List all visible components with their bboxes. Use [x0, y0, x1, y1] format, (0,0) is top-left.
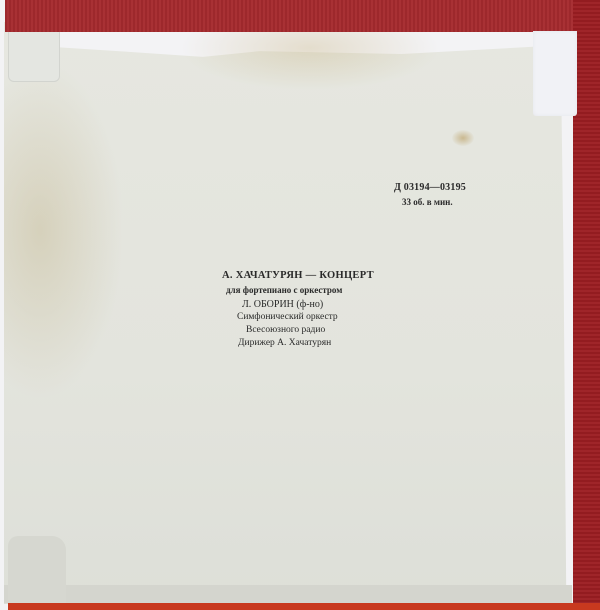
stain-spot — [452, 130, 474, 146]
playback-speed: 33 об. в мин. — [402, 197, 453, 207]
water-stain-top — [180, 30, 440, 90]
orchestra-line-2: Всесоюзного радио — [246, 325, 325, 335]
record-sleeve-back: Д 03194—03195 33 об. в мин. А. ХАЧАТУРЯН… — [0, 0, 600, 610]
album-title: А. ХАЧАТУРЯН — КОНЦЕРТ — [222, 270, 374, 281]
album-subtitle: для фортепиано с оркестром — [226, 285, 342, 295]
white-sticker — [533, 31, 577, 116]
red-binding-tape-right — [573, 0, 600, 610]
red-binding-tape-top — [5, 0, 600, 32]
catalog-number: Д 03194—03195 — [394, 182, 466, 193]
orchestra-line-1: Симфонический оркестр — [237, 312, 338, 322]
soloist: Л. ОБОРИН (ф-но) — [242, 299, 323, 310]
red-binding-tape-bottom — [8, 603, 600, 610]
tape-tab-bottom-left — [8, 536, 66, 604]
water-stain-left — [4, 60, 124, 400]
bottom-fold-band — [4, 585, 572, 603]
conductor: Дирижер А. Хачатурян — [238, 338, 331, 348]
